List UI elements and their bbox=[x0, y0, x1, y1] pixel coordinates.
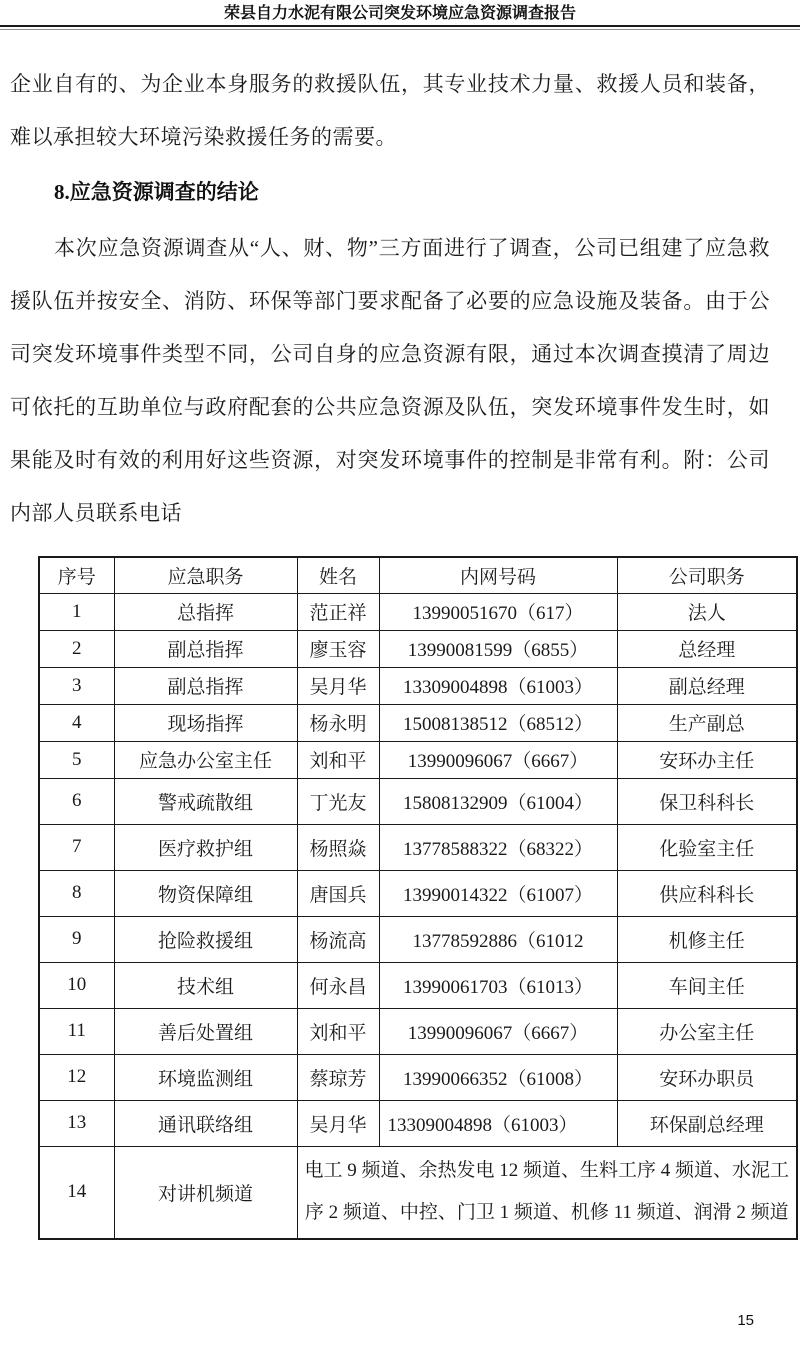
table-cell-index: 14 bbox=[39, 1146, 114, 1239]
table-cell: 丁光友 bbox=[297, 778, 379, 824]
table-cell: 吴月华 bbox=[297, 667, 379, 704]
table-cell: 13990061703（61013） bbox=[379, 962, 617, 1008]
table-cell: 9 bbox=[39, 916, 114, 962]
section-heading: 8.应急资源调查的结论 bbox=[10, 172, 770, 212]
table-cell: 副总指挥 bbox=[114, 630, 297, 667]
table-cell-role: 对讲机频道 bbox=[114, 1146, 297, 1239]
table-cell: 吴月华 bbox=[297, 1100, 379, 1146]
table-cell: 13778592886（61012 bbox=[379, 916, 617, 962]
table-cell: 唐国兵 bbox=[297, 870, 379, 916]
table-cell: 13778588322（68322） bbox=[379, 824, 617, 870]
table-cell: 廖玉容 bbox=[297, 630, 379, 667]
table-cell: 物资保障组 bbox=[114, 870, 297, 916]
table-cell: 10 bbox=[39, 962, 114, 1008]
table-cell: 8 bbox=[39, 870, 114, 916]
table-cell: 现场指挥 bbox=[114, 704, 297, 741]
table-row: 10技术组何永昌13990061703（61013）车间主任 bbox=[39, 962, 797, 1008]
table-cell: 技术组 bbox=[114, 962, 297, 1008]
table-cell: 安环办职员 bbox=[617, 1054, 797, 1100]
table-cell: 副总经理 bbox=[617, 667, 797, 704]
column-header-position: 公司职务 bbox=[617, 557, 797, 593]
table-cell: 通讯联络组 bbox=[114, 1100, 297, 1146]
table-cell: 2 bbox=[39, 630, 114, 667]
table-cell: 抢险救援组 bbox=[114, 916, 297, 962]
page-header: 荣县自力水泥有限公司突发环境应急资源调查报告 bbox=[0, 0, 800, 30]
table-cell: 杨照焱 bbox=[297, 824, 379, 870]
table-cell: 13990051670（617） bbox=[379, 593, 617, 630]
table-row: 8物资保障组唐国兵13990014322（61007）供应科科长 bbox=[39, 870, 797, 916]
table-cell: 蔡琼芳 bbox=[297, 1054, 379, 1100]
table-row: 9抢险救援组杨流高13778592886（61012机修主任 bbox=[39, 916, 797, 962]
table-cell: 医疗救护组 bbox=[114, 824, 297, 870]
table-cell: 生产副总 bbox=[617, 704, 797, 741]
column-header-phone: 内网号码 bbox=[379, 557, 617, 593]
table-cell: 4 bbox=[39, 704, 114, 741]
column-header-index: 序号 bbox=[39, 557, 114, 593]
emergency-contact-table: 序号 应急职务 姓名 内网号码 公司职务 1总指挥范正祥13990051670（… bbox=[38, 556, 798, 1240]
table-row: 2副总指挥廖玉容13990081599（6855）总经理 bbox=[39, 630, 797, 667]
table-cell: 化验室主任 bbox=[617, 824, 797, 870]
table-row-channels: 14 对讲机频道 电工 9 频道、余热发电 12 频道、生料工序 4 频道、水泥… bbox=[39, 1146, 797, 1239]
table-cell: 13 bbox=[39, 1100, 114, 1146]
column-header-role: 应急职务 bbox=[114, 557, 297, 593]
table-cell: 13309004898（61003） bbox=[379, 667, 617, 704]
header-title: 荣县自力水泥有限公司突发环境应急资源调查报告 bbox=[0, 4, 800, 23]
table-header-row: 序号 应急职务 姓名 内网号码 公司职务 bbox=[39, 557, 797, 593]
table-cell: 15808132909（61004） bbox=[379, 778, 617, 824]
table-cell: 环保副总经理 bbox=[617, 1100, 797, 1146]
table-cell: 安环办主任 bbox=[617, 741, 797, 778]
document-page: 荣县自力水泥有限公司突发环境应急资源调查报告 企业自有的、为企业本身服务的救援队… bbox=[0, 0, 800, 1349]
page-number: 15 bbox=[737, 1312, 754, 1329]
table-cell: 7 bbox=[39, 824, 114, 870]
table-row: 3副总指挥吴月华13309004898（61003）副总经理 bbox=[39, 667, 797, 704]
table-cell: 13990014322（61007） bbox=[379, 870, 617, 916]
table-row: 5应急办公室主任刘和平13990096067（6667）安环办主任 bbox=[39, 741, 797, 778]
table-cell: 杨流高 bbox=[297, 916, 379, 962]
table-row: 7医疗救护组杨照焱13778588322（68322）化验室主任 bbox=[39, 824, 797, 870]
table-cell: 应急办公室主任 bbox=[114, 741, 297, 778]
table-cell: 环境监测组 bbox=[114, 1054, 297, 1100]
table-cell: 13309004898（61003） bbox=[379, 1100, 617, 1146]
table-cell: 车间主任 bbox=[617, 962, 797, 1008]
table-cell: 警戒疏散组 bbox=[114, 778, 297, 824]
table-cell: 法人 bbox=[617, 593, 797, 630]
table-row: 11善后处置组刘和平13990096067（6667）办公室主任 bbox=[39, 1008, 797, 1054]
table-cell: 1 bbox=[39, 593, 114, 630]
table-cell: 5 bbox=[39, 741, 114, 778]
table-cell: 13990096067（6667） bbox=[379, 741, 617, 778]
table-cell: 13990066352（61008） bbox=[379, 1054, 617, 1100]
paragraph-conclusion: 本次应急资源调查从“人、财、物”三方面进行了调查，公司已组建了应急救援队伍并按安… bbox=[10, 222, 770, 540]
table-cell: 善后处置组 bbox=[114, 1008, 297, 1054]
table-row: 6警戒疏散组丁光友15808132909（61004）保卫科科长 bbox=[39, 778, 797, 824]
table-cell: 供应科科长 bbox=[617, 870, 797, 916]
column-header-name: 姓名 bbox=[297, 557, 379, 593]
table-cell-channels: 电工 9 频道、余热发电 12 频道、生料工序 4 频道、水泥工序 2 频道、中… bbox=[297, 1146, 797, 1239]
table-row: 13通讯联络组吴月华13309004898（61003）环保副总经理 bbox=[39, 1100, 797, 1146]
table-cell: 3 bbox=[39, 667, 114, 704]
table-cell: 刘和平 bbox=[297, 1008, 379, 1054]
table-cell: 办公室主任 bbox=[617, 1008, 797, 1054]
table-row: 1总指挥范正祥13990051670（617）法人 bbox=[39, 593, 797, 630]
table-cell: 13990081599（6855） bbox=[379, 630, 617, 667]
table-cell: 刘和平 bbox=[297, 741, 379, 778]
table-row: 4现场指挥杨永明15008138512（68512）生产副总 bbox=[39, 704, 797, 741]
table-cell: 6 bbox=[39, 778, 114, 824]
table-cell: 何永昌 bbox=[297, 962, 379, 1008]
table-cell: 副总指挥 bbox=[114, 667, 297, 704]
header-rule-thin bbox=[0, 29, 800, 30]
header-rule-thick bbox=[0, 25, 800, 27]
table-cell: 保卫科科长 bbox=[617, 778, 797, 824]
table-cell: 机修主任 bbox=[617, 916, 797, 962]
table-cell: 总指挥 bbox=[114, 593, 297, 630]
document-body: 企业自有的、为企业本身服务的救援队伍，其专业技术力量、救援人员和装备，难以承担较… bbox=[0, 58, 800, 1240]
table-cell: 13990096067（6667） bbox=[379, 1008, 617, 1054]
table-cell: 杨永明 bbox=[297, 704, 379, 741]
paragraph-continuation: 企业自有的、为企业本身服务的救援队伍，其专业技术力量、救援人员和装备，难以承担较… bbox=[10, 58, 770, 164]
table-cell: 11 bbox=[39, 1008, 114, 1054]
table-cell: 范正祥 bbox=[297, 593, 379, 630]
table-row: 12环境监测组蔡琼芳13990066352（61008）安环办职员 bbox=[39, 1054, 797, 1100]
table-cell: 总经理 bbox=[617, 630, 797, 667]
table-cell: 15008138512（68512） bbox=[379, 704, 617, 741]
table-cell: 12 bbox=[39, 1054, 114, 1100]
